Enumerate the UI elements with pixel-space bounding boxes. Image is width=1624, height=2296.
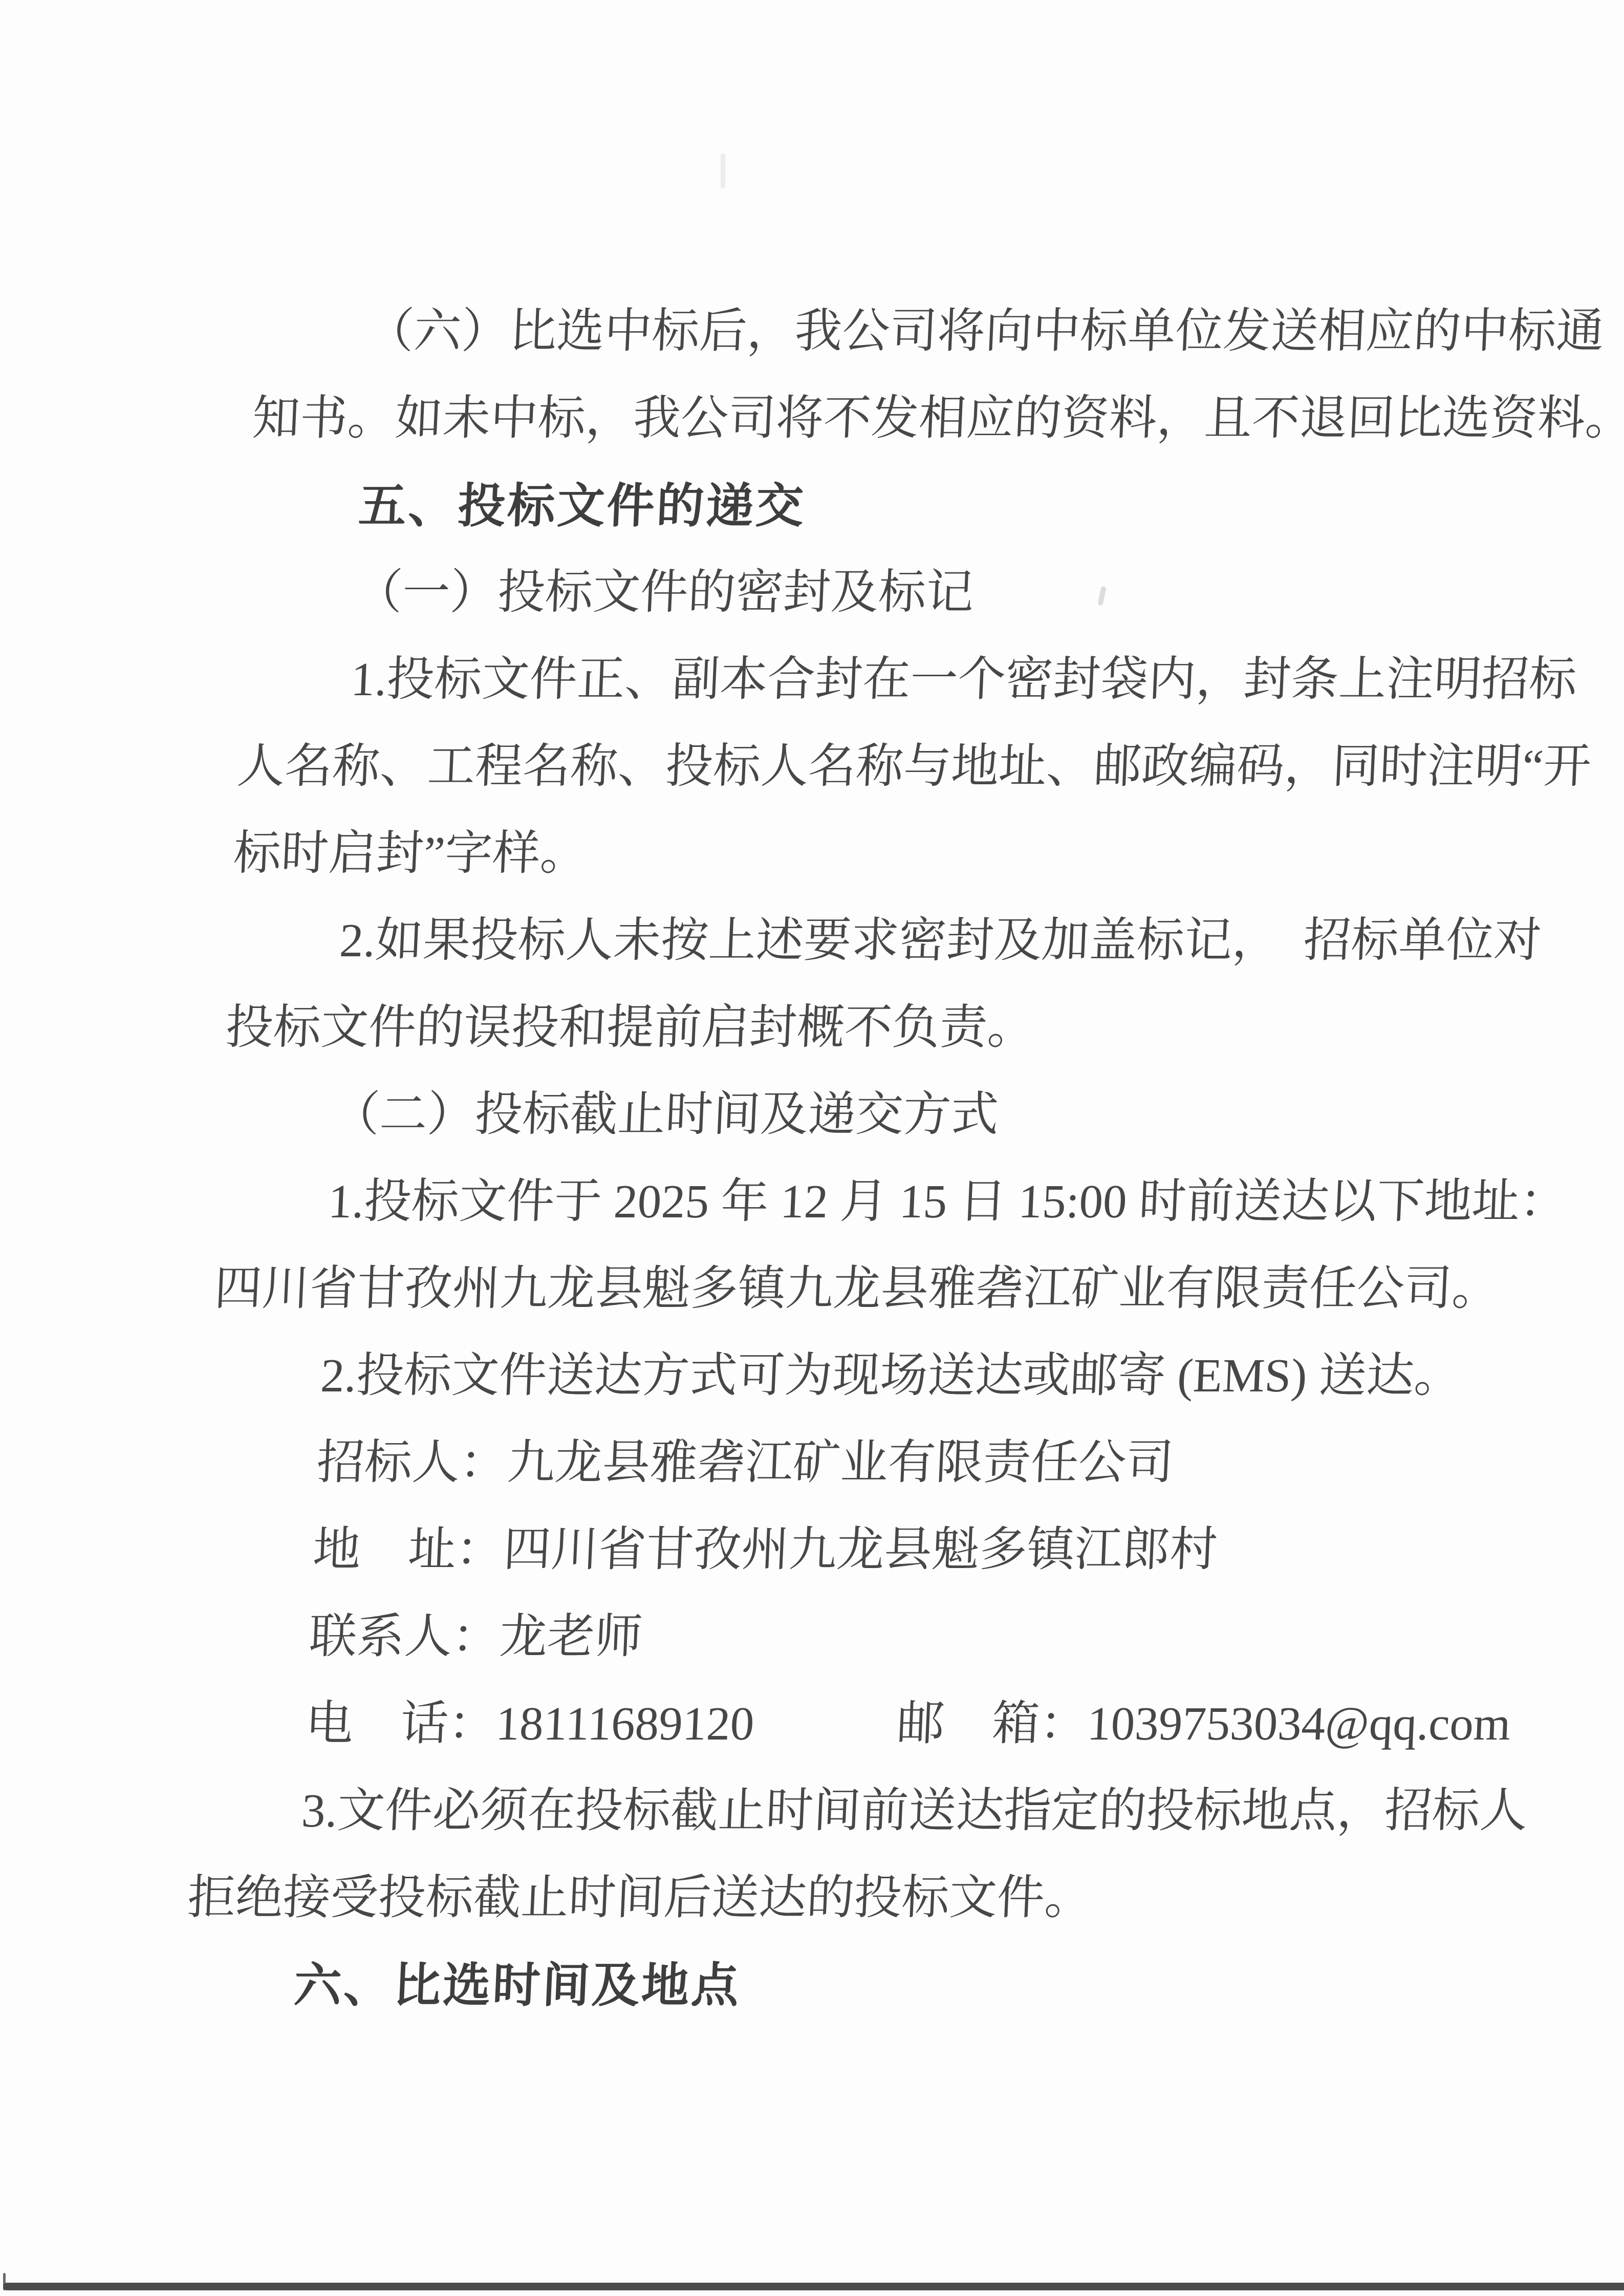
clause-6-line-1: （六）比选中标后，我公司将向中标单位发送相应的中标通 [254, 288, 1589, 375]
section-5-heading: 五、投标文件的递交 [247, 462, 1581, 549]
section-6-heading: 六、比选时间及地点 [182, 1942, 1517, 2029]
sealing-item-2-line-2: 投标文件的误投和提前启封概不负责。 [224, 984, 1558, 1071]
phone-email-line: 电 话：18111689120 邮 箱：1039753034@qq.com [193, 1681, 1528, 1768]
subsection-2-heading: （二）投标截止时间及递交方式 [220, 1071, 1554, 1158]
contact-person-line: 联系人：龙老师 [197, 1594, 1531, 1681]
tenderee-line: 招标人：九龙县雅砻江矿业有限责任公司 [205, 1420, 1539, 1507]
document-page: （六）比选中标后，我公司将向中标单位发送相应的中标通 知书。如未中标，我公司将不… [0, 0, 1624, 2296]
sealing-item-1-line-2: 人名称、工程名称、投标人名称与地址、邮政编码，同时注明“开 [235, 723, 1570, 810]
deadline-item-1-line-2: 四川省甘孜州九龙县魁多镇九龙县雅砻江矿业有限责任公司。 [212, 1246, 1547, 1333]
sealing-item-1-line-3: 标时启封”字样。 [231, 810, 1566, 897]
sealing-item-1-line-1: 1.投标文件正、副本合封在一个密封袋内，封条上注明招标 [239, 636, 1573, 723]
deadline-item-1-line-1: 1.投标文件于 2025 年 12 月 15 日 15:00 时前送达以下地址： [216, 1158, 1551, 1246]
subsection-1-heading: （一）投标文件的密封及标记 [243, 549, 1577, 636]
page-bottom-scan-bar [3, 2283, 1624, 2290]
document-body: （六）比选中标后，我公司将向中标单位发送相应的中标通 知书。如未中标，我公司将不… [182, 288, 1589, 2029]
delivery-item-3-line-1: 3.文件必须在投标截止时间前送达指定的投标地点，招标人 [190, 1768, 1524, 1855]
deadline-item-2-line: 2.投标文件送达方式可为现场送达或邮寄 (EMS) 送达。 [209, 1333, 1543, 1420]
scan-artifact [721, 154, 725, 188]
clause-6-line-2: 知书。如未中标，我公司将不发相应的资料，且不退回比选资料。 [250, 375, 1585, 462]
sealing-item-2-line-1: 2.如果投标人未按上述要求密封及加盖标记， 招标单位对 [228, 897, 1562, 984]
delivery-item-3-line-2: 拒绝接受投标截止时间后送达的投标文件。 [186, 1855, 1520, 1942]
address-line: 地 址：四川省甘孜州九龙县魁多镇江郎村 [201, 1507, 1535, 1594]
